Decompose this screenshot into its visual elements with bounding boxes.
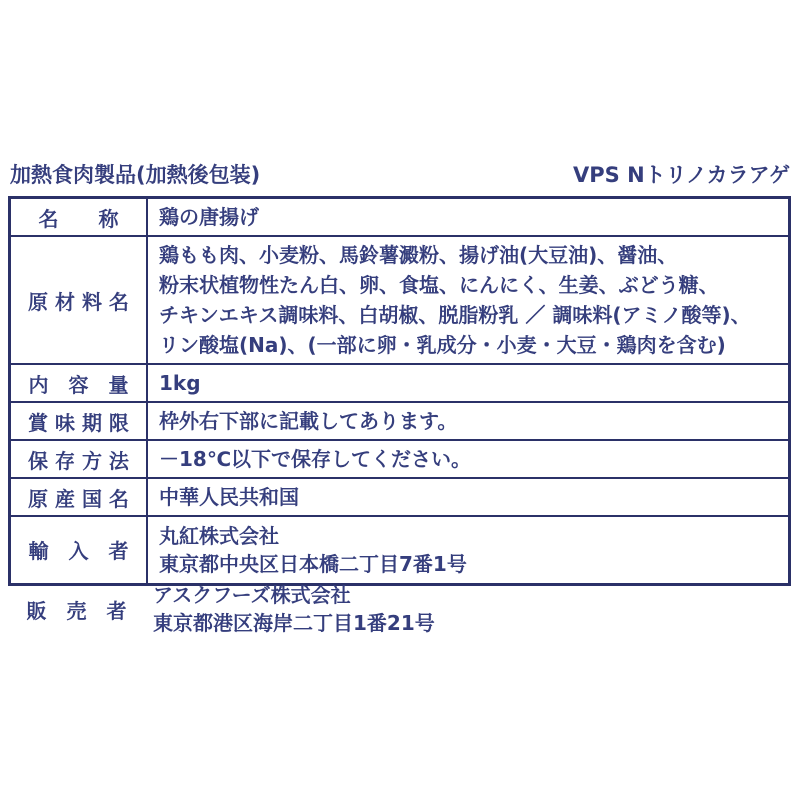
seller-lines: アスクフーズ株式会社 東京都港区海岸二丁目1番21号 [153,581,435,637]
value-line: 東京都港区海岸二丁目1番21号 [153,609,435,637]
row-value-net-weight: 1kg [147,364,790,402]
value-line: 1kg [159,368,780,398]
table-row-name: 名 称 鶏の唐揚げ [10,198,790,237]
product-category-text: 加熱食肉製品(加熱後包装) [10,163,260,188]
row-label-storage: 保 存 方 法 [10,440,148,478]
table-row-net-weight: 内 容 量 1kg [10,364,790,402]
row-value-name: 鶏の唐揚げ [147,198,790,237]
row-value-origin-country: 中華人民共和国 [147,478,790,516]
product-code-text: VPS Nトリノカラアゲ [573,163,790,188]
value-line: 鶏もも肉、小麦粉、馬鈴薯澱粉、揚げ油(大豆油)、醤油、 [159,240,780,270]
seller-block: 販 売 者 アスクフーズ株式会社 東京都港区海岸二丁目1番21号 [11,581,435,637]
value-line: チキンエキス調味料、白胡椒、脱脂粉乳 ／ 調味料(アミノ酸等)、 [159,300,780,330]
row-value-importer: 丸紅株式会社 東京都中央区日本橋二丁目7番1号 [147,516,790,584]
value-line: 鶏の唐揚げ [159,202,780,232]
seller-label: 販 売 者 [11,595,142,624]
table-row-importer: 輸 入 者 丸紅株式会社 東京都中央区日本橋二丁目7番1号 [10,516,790,584]
row-label-ingredients: 原 材 料 名 [10,236,148,364]
value-line: リン酸塩(Na)、(一部に卵・乳成分・小麦・大豆・鶏肉を含む) [159,330,780,360]
value-line: アスクフーズ株式会社 [153,581,435,609]
value-line: 粉末状植物性たん白、卵、食塩、にんにく、生姜、ぶどう糖、 [159,270,780,300]
row-label-origin-country: 原 産 国 名 [10,478,148,516]
table-row-ingredients: 原 材 料 名 鶏もも肉、小麦粉、馬鈴薯澱粉、揚げ油(大豆油)、醤油、 粉末状植… [10,236,790,364]
row-label-best-before: 賞 味 期 限 [10,402,148,440]
food-label-sheet: 加熱食肉製品(加熱後包装) VPS Nトリノカラアゲ 名 称 鶏の唐揚げ 原 材… [0,0,800,800]
value-line: 丸紅株式会社 [159,522,780,550]
row-label-net-weight: 内 容 量 [10,364,148,402]
table-row-origin-country: 原 産 国 名 中華人民共和国 [10,478,790,516]
row-label-name: 名 称 [10,198,148,237]
spec-table: 名 称 鶏の唐揚げ 原 材 料 名 鶏もも肉、小麦粉、馬鈴薯澱粉、揚げ油(大豆油… [8,196,791,586]
row-value-storage: －18℃以下で保存してください。 [147,440,790,478]
row-value-best-before: 枠外右下部に記載してあります。 [147,402,790,440]
label-header: 加熱食肉製品(加熱後包装) VPS Nトリノカラアゲ [10,163,790,188]
value-line: 枠外右下部に記載してあります。 [159,406,780,436]
table-row-best-before: 賞 味 期 限 枠外右下部に記載してあります。 [10,402,790,440]
value-line: －18℃以下で保存してください。 [159,444,780,474]
row-label-importer: 輸 入 者 [10,516,148,584]
row-value-ingredients: 鶏もも肉、小麦粉、馬鈴薯澱粉、揚げ油(大豆油)、醤油、 粉末状植物性たん白、卵、… [147,236,790,364]
table-row-storage: 保 存 方 法 －18℃以下で保存してください。 [10,440,790,478]
value-line: 東京都中央区日本橋二丁目7番1号 [159,550,780,578]
value-line: 中華人民共和国 [159,482,780,512]
